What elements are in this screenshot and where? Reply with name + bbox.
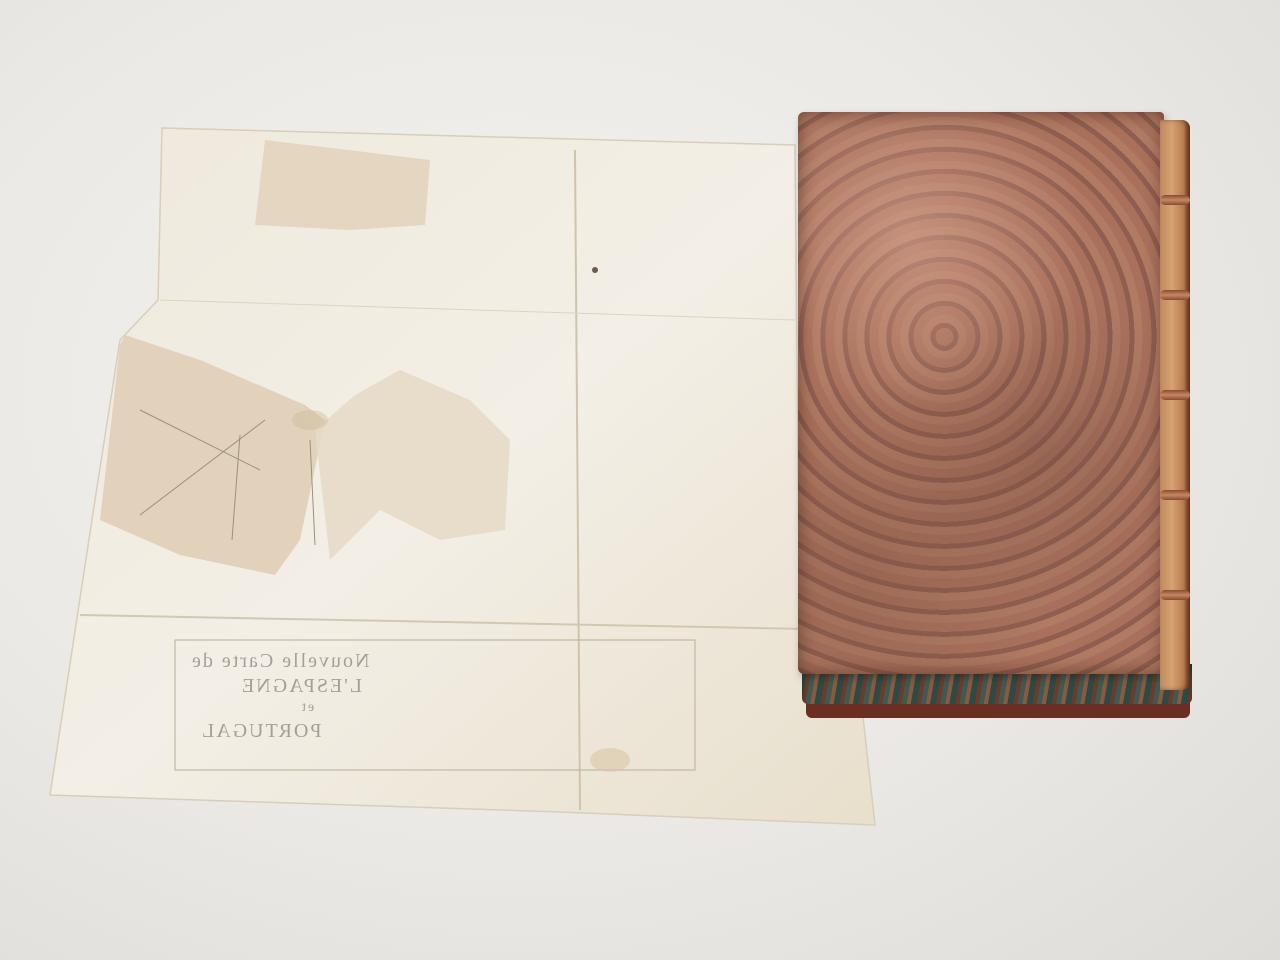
leather-book	[792, 112, 1196, 718]
map-title-line-2: L'ESPAGNE	[240, 675, 362, 698]
spine-band	[1160, 290, 1190, 300]
spine-band	[1160, 490, 1190, 500]
book-spine	[1160, 120, 1190, 690]
spine-band	[1160, 390, 1190, 400]
spine-band	[1160, 195, 1190, 205]
map-title-line-3: et	[300, 700, 314, 716]
map-title-line-1: Nouvelle Carte de	[190, 650, 370, 673]
photo-scene: Nouvelle Carte de L'ESPAGNE et PORTUGAL	[0, 0, 1280, 960]
spine-band	[1160, 590, 1190, 600]
map-title-line-4: PORTUGAL	[200, 720, 321, 743]
book-cover	[798, 112, 1164, 674]
